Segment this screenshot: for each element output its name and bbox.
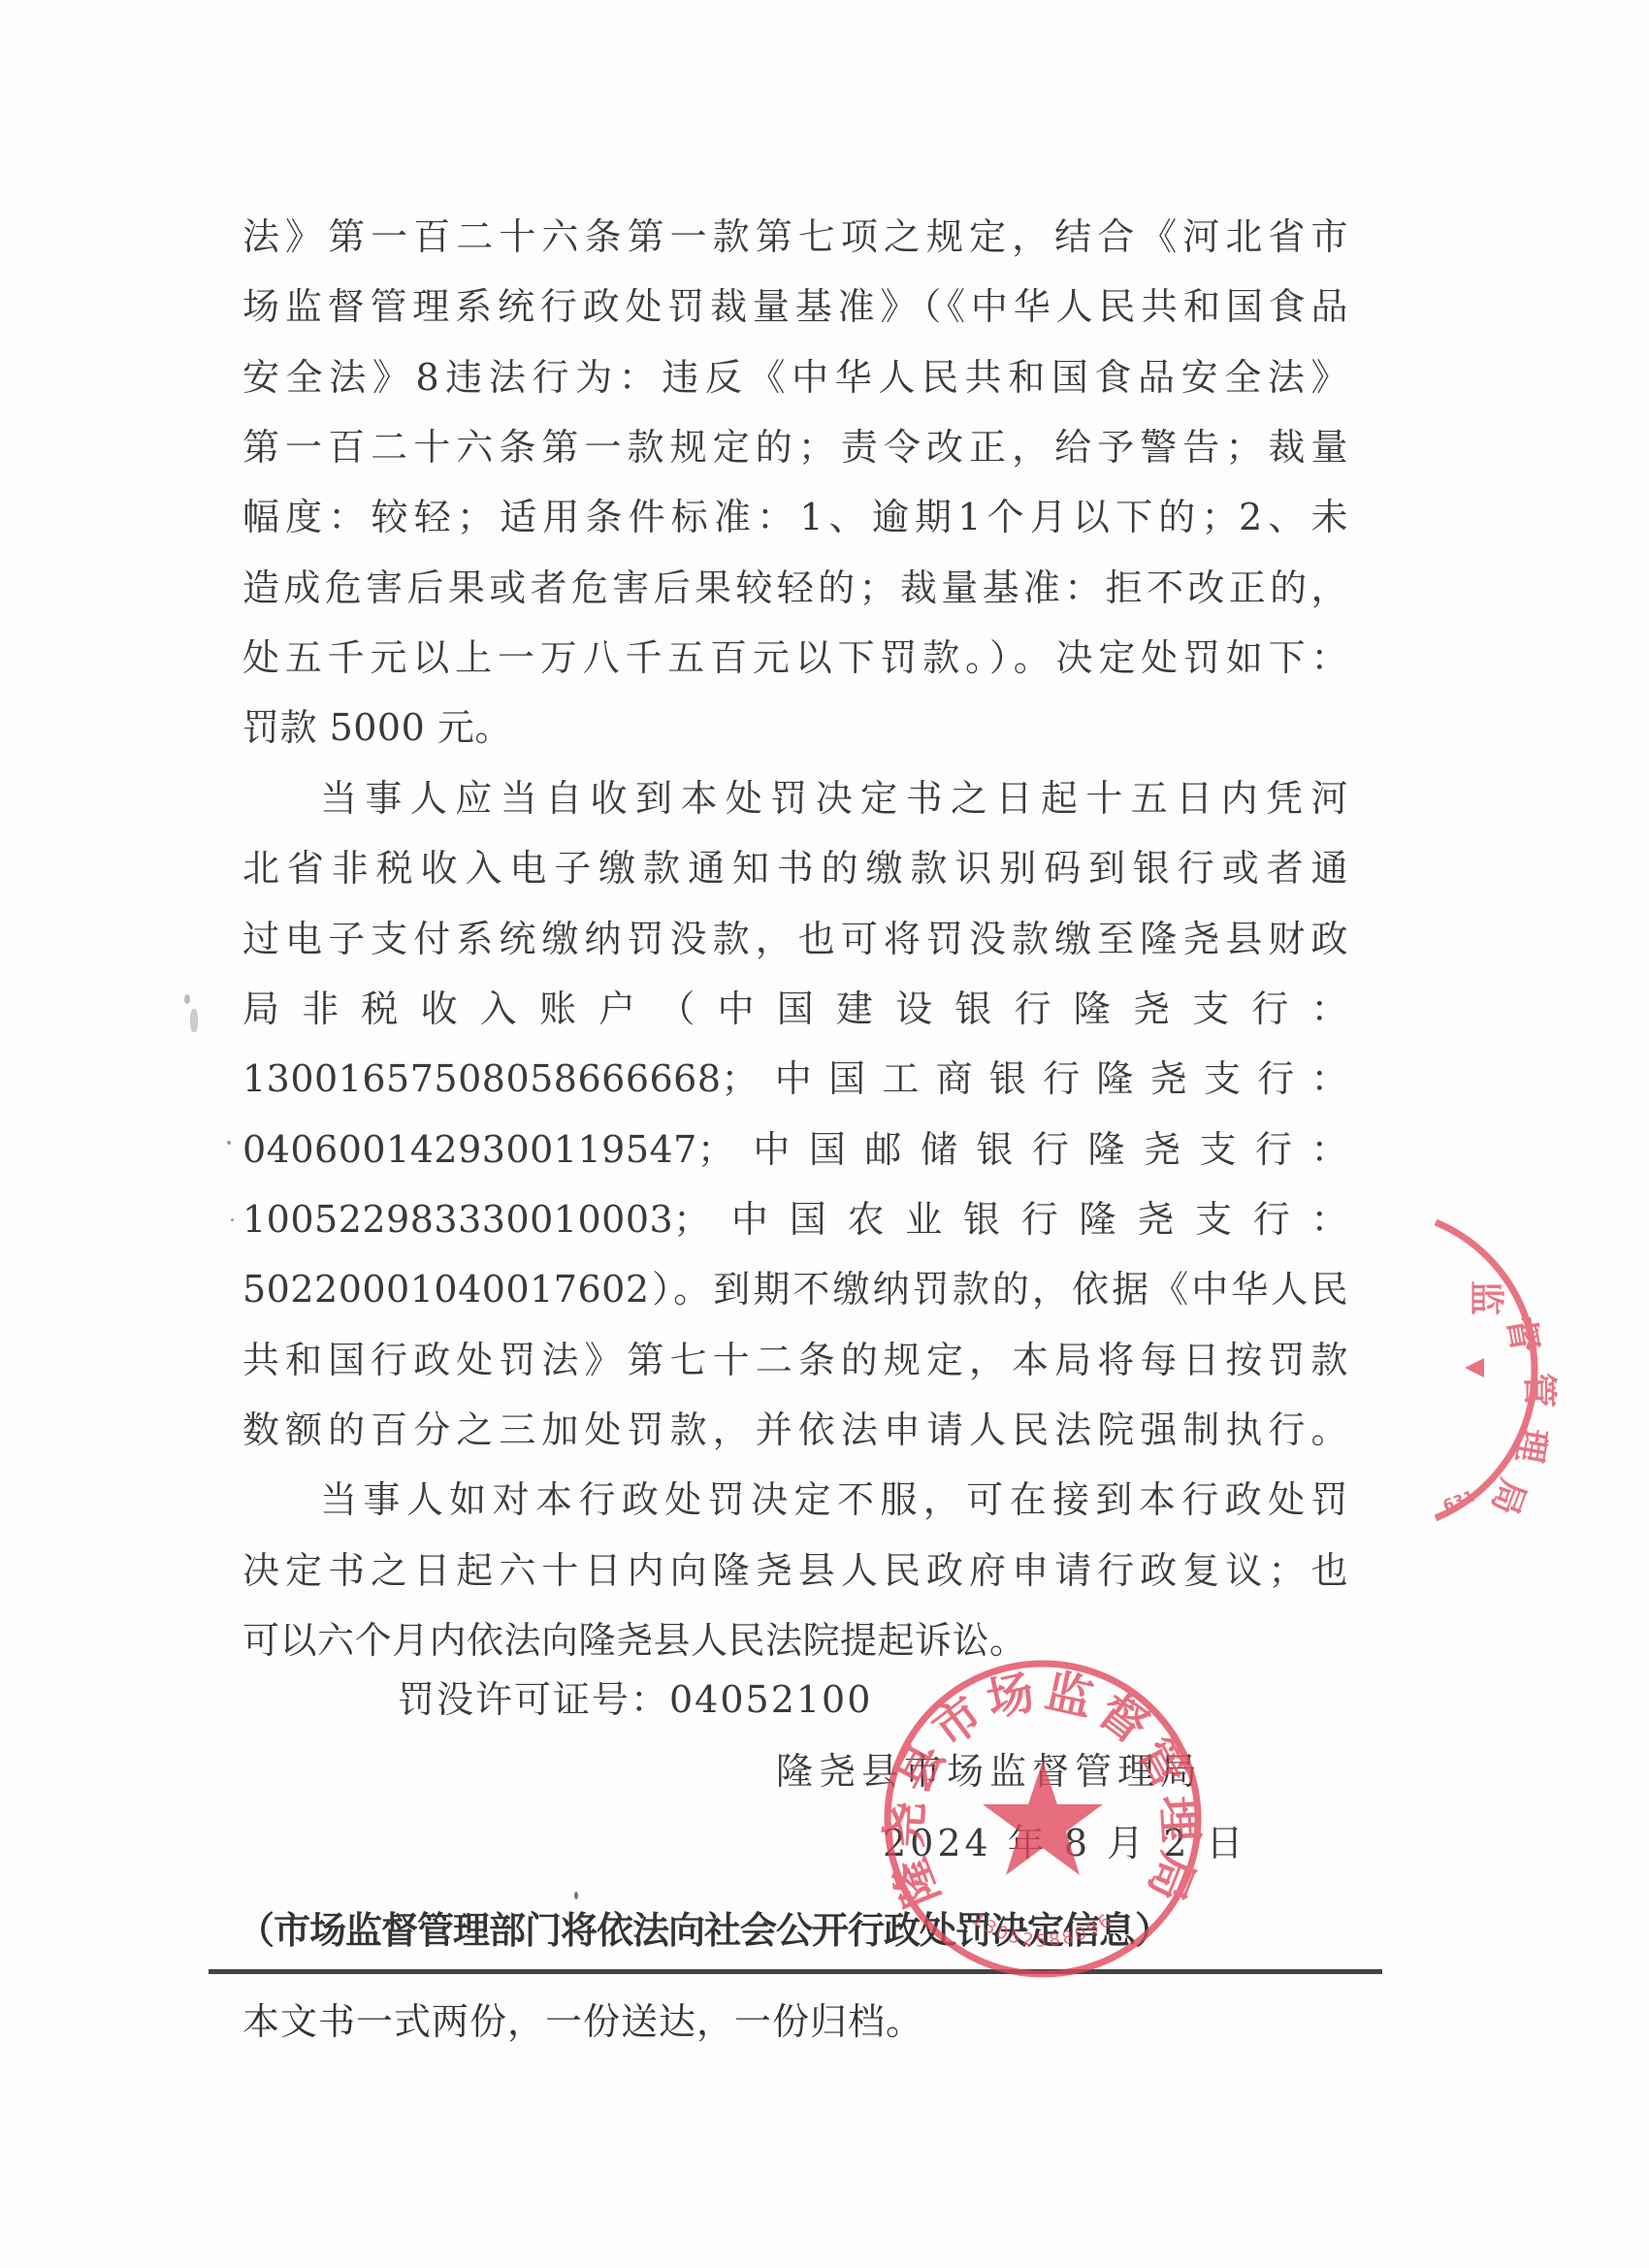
text-line: 安全法》8违法行为：违反《中华人民共和国食品安全法》 [242,356,1348,399]
text-line: 共和国行政处罚法》第七十二条的规定，本局将每日按罚款 [242,1339,1348,1381]
text-line: 决定书之日起六十日内向隆尧县人民政府申请行政复议；也 [242,1549,1348,1592]
text-line: 当事人应当自收到本处罚决定书之日起十五日内凭河 [320,777,1348,820]
svg-text:监: 监 [1466,1280,1505,1315]
copies-note: 本文书一式两份，一份送达，一份归档。 [242,2000,923,2043]
svg-text:督: 督 [1500,1313,1545,1355]
svg-text:理: 理 [1508,1424,1554,1466]
issuer-name: 隆尧县市场监督管理局 [776,1750,1203,1793]
bank-account-line: 13001657508058666668；中国工商银行隆尧支行： [242,1057,1348,1100]
bank-account-line: 100522983330010003；中国农业银行隆尧支行： [242,1198,1348,1241]
scan-artifact [227,1141,231,1145]
text-line: 处五千元以上一万八千五百元以下罚款。）。决定处罚如下： [242,636,1348,679]
scan-artifact [190,1009,198,1032]
bank-account-line: 50220001040017602）。到期不缴纳罚款的，依据《中华人民 [242,1268,1348,1311]
text-line: 过电子支付系统缴纳罚没款，也可将罚没款缴至隆尧县财政 [242,918,1348,960]
penalty-line: 罚款 5000 元。 [242,706,1348,749]
document-page: 法》第一百二十六条第一款第七项之规定，结合《河北省市 场监督管理系统行政处罚裁量… [0,0,1649,2268]
text-line: 数额的百分之三加处罚款，并依法申请人民法院强制执行。 [242,1409,1348,1451]
svg-text:局: 局 [1483,1474,1533,1520]
issue-date: 2024 年 8 月 2 日 [883,1822,1246,1864]
text-line: 场监督管理系统行政处罚裁量基准》（《中华人民共和国食品 [242,285,1348,328]
svg-text:管: 管 [1519,1373,1559,1408]
svg-text:631: 631 [1440,1486,1477,1514]
scan-artifact [574,1892,578,1899]
text-line: 幅度：较轻；适用条件标准：1、逾期1个月以下的；2、未 [242,496,1348,538]
divider [209,1969,1382,1974]
text-line: 当事人如对本行政处罚决定不服，可在接到本行政处罚 [320,1478,1348,1521]
text-line: 法》第一百二十六条第一款第七项之规定，结合《河北省市 [242,215,1348,258]
scan-artifact [184,994,190,1004]
text-line: 局非税收入账户（中国建设银行隆尧支行： [242,988,1348,1030]
edge-seal-icon: 监 督 管 理 局 631 [1416,1203,1649,1533]
scan-artifact [231,1218,234,1221]
public-notice: （市场监督管理部门将依法向社会公开行政处罚决定信息） [238,1909,1363,1952]
text-line: 第一百二十六条第一款规定的；责令改正，给予警告；裁量 [242,426,1348,469]
bank-account-line: 0406001429300119547；中国邮储银行隆尧支行： [242,1128,1348,1171]
license-number: 罚没许可证号：04052100 [398,1678,872,1721]
text-line: 可以六个月内依法向隆尧县人民法院提起诉讼。 [242,1619,1348,1662]
text-line: 北省非税收入电子缴款通知书的缴款识别码到银行或者通 [242,847,1348,890]
text-line: 造成危害后果或者危害后果较轻的；裁量基准：拒不改正的， [242,567,1348,609]
